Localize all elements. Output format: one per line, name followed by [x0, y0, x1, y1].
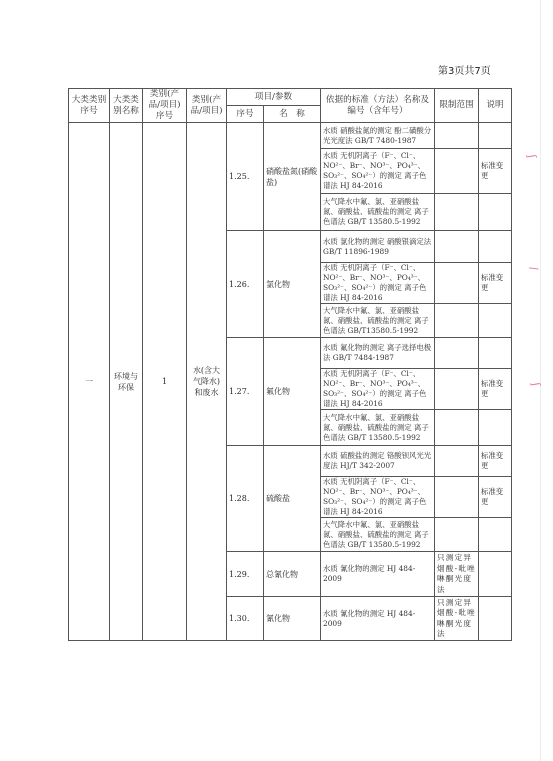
header-product: 类别(产品/项目) — [187, 89, 227, 123]
method-limit — [435, 446, 479, 477]
method-note — [479, 518, 512, 552]
page-number: 第3页共7页 — [438, 62, 491, 77]
method-note: 标准变更 — [479, 263, 512, 304]
item-seq: 1.28. — [227, 446, 264, 552]
method-standard: 水质 氟化物的测定 离子选择电极法 GB/T 7484-1987 — [321, 338, 435, 369]
table-row: 一环境与环保1水(含大气降水)和废水1.25.硝酸盐氮(硝酸盐)水质 硝酸盐氮的… — [69, 123, 512, 149]
method-standard: 水质 无机阴离子（F⁻、Cl⁻、NO²⁻、Br⁻、NO³⁻、PO₄³⁻、SO₃²… — [321, 477, 435, 518]
method-note: 标准变更 — [479, 446, 512, 477]
header-note: 说明 — [479, 89, 512, 123]
method-standard: 水质 硫酸盐的测定 铬酸钡风光光度法 HJ/T 342-2007 — [321, 446, 435, 477]
item-seq: 1.30. — [227, 597, 264, 641]
method-note: 标准变更 — [479, 149, 512, 194]
method-note — [479, 338, 512, 369]
method-limit — [435, 518, 479, 552]
method-standard: 水质 无机阴离子（F⁻、Cl⁻、NO²⁻、Br⁻、NO³⁻、PO₄³⁻、SO₃²… — [321, 369, 435, 410]
method-limit — [435, 123, 479, 149]
item-seq: 1.29. — [227, 552, 264, 597]
item-seq: 1.26. — [227, 231, 264, 338]
item-seq: 1.27. — [227, 338, 264, 446]
item-name: 总氰化物 — [264, 552, 321, 597]
method-note — [479, 410, 512, 446]
method-note — [479, 194, 512, 231]
method-note — [479, 123, 512, 149]
header-category-seq: 大类类别序号 — [69, 89, 110, 123]
method-note: 标准变更 — [479, 369, 512, 410]
method-standard: 水质 氯化物的测定 硝酸银滴定法 GB/T 11896-1989 — [321, 231, 435, 263]
item-seq: 1.25. — [227, 123, 264, 231]
item-name: 氰化物 — [264, 597, 321, 641]
category-seq: 一 — [69, 123, 110, 641]
category-name: 环境与环保 — [110, 123, 143, 641]
header-limit: 限制范围 — [435, 89, 479, 123]
product-seq: 1 — [143, 123, 187, 641]
handwritten-mark: / — [527, 266, 540, 272]
method-note — [479, 597, 512, 641]
page-edge — [540, 0, 541, 761]
item-name: 硫酸盐 — [264, 446, 321, 552]
item-name: 氟化物 — [264, 338, 321, 446]
method-limit — [435, 304, 479, 338]
method-standard: 大气降水中氟、氯、亚硝酸盐氮、硝酸盐、硫酸盐的测定 离子色谱法 GB/T 135… — [321, 518, 435, 552]
method-limit: 只测定异烟酸-吡唑啉酮光度法 — [435, 552, 479, 597]
method-limit — [435, 149, 479, 194]
header-item-param: 项目/参数 — [227, 89, 321, 106]
item-name: 硝酸盐氮(硝酸盐) — [264, 123, 321, 231]
method-standard: 水质 氰化物的测定 HJ 484-2009 — [321, 552, 435, 597]
method-limit — [435, 410, 479, 446]
handwritten-mark: ʃ — [525, 154, 538, 160]
method-limit — [435, 369, 479, 410]
qualification-table: 大类类别序号 大类类别名称 类别(产品/项目)序号 类别(产品/项目) 项目/参… — [68, 88, 512, 641]
method-note — [479, 304, 512, 338]
product-name: 水(含大气降水)和废水 — [187, 123, 227, 641]
method-standard: 大气降水中氟、氯、亚硝酸盐氮、硝酸盐、硫酸盐的测定 离子色谱法 GB/T 135… — [321, 194, 435, 231]
method-note — [479, 552, 512, 597]
method-standard: 水质 无机阴离子（F⁻、Cl⁻、NO²⁻、Br⁻、NO³⁻、PO₄³⁻、SO₃²… — [321, 149, 435, 194]
header-standard: 依据的标准（方法）名称及编号（含年号） — [321, 89, 435, 123]
item-name: 氯化物 — [264, 231, 321, 338]
method-standard: 水质 硝酸盐氮的测定 酚二磺酸分光光度法 GB/T 7480-1987 — [321, 123, 435, 149]
method-limit — [435, 194, 479, 231]
method-note: 标准变更 — [479, 477, 512, 518]
method-standard: 大气降水中氟、氯、亚硝酸盐氮、硝酸盐、硫酸盐的测定 离子色谱法 GB/T1358… — [321, 304, 435, 338]
method-standard: 水质 氰化物的测定 HJ 484-2009 — [321, 597, 435, 641]
method-limit — [435, 231, 479, 263]
method-limit — [435, 477, 479, 518]
method-limit: 只测定异烟酸-吡唑啉酮光度法 — [435, 597, 479, 641]
header-product-seq: 类别(产品/项目)序号 — [143, 89, 187, 123]
header-item-seq: 序号 — [227, 106, 264, 123]
header-item-name: 名 称 — [264, 106, 321, 123]
method-standard: 水质 无机阴离子（F⁻、Cl⁻、NO²⁻、Br⁻、NO³⁻、PO₄³⁻、SO₃²… — [321, 263, 435, 304]
method-limit — [435, 338, 479, 369]
method-standard: 大气降水中氟、氯、亚硝酸盐氮、硝酸盐、硫酸盐的测定 离子色谱法 GB/T 135… — [321, 410, 435, 446]
header-category-name: 大类类别名称 — [110, 89, 143, 123]
method-note — [479, 231, 512, 263]
method-limit — [435, 263, 479, 304]
